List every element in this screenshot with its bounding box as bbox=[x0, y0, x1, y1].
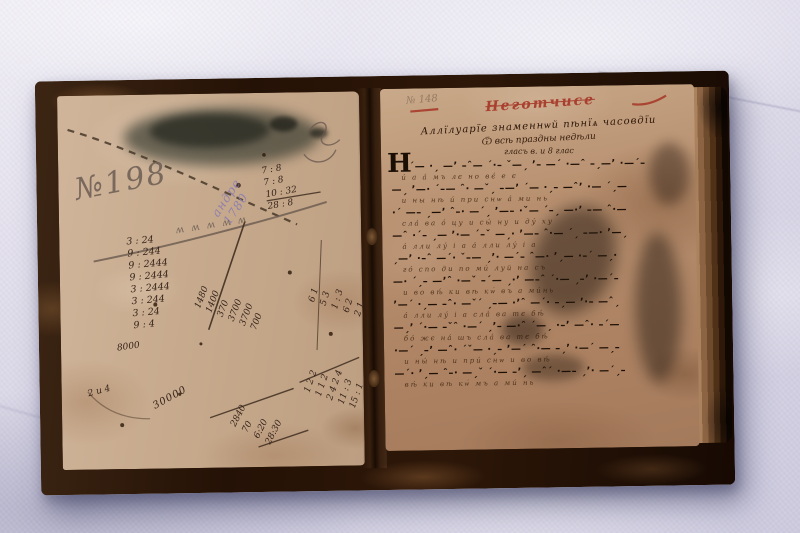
open-book: №198 андре 1780 7 : 8 7 : 8 10 : 32 28 :… bbox=[35, 71, 735, 496]
photo-open-manuscript-book: №198 андре 1780 7 : 8 7 : 8 10 : 32 28 :… bbox=[0, 0, 800, 533]
right-manuscript-page: № 148 Неготчисе Аллїлуарїе знаменнѡй пѣн… bbox=[380, 84, 700, 451]
arithmetic-column-a: 3 : 24 9 : 244 9 : 2444 9 : 2444 3 : 244… bbox=[126, 233, 174, 332]
left-flyleaf-page: №198 андре 1780 7 : 8 7 : 8 10 : 32 28 :… bbox=[57, 91, 365, 470]
binding-thread bbox=[368, 370, 379, 387]
ink-smudge-top-right bbox=[649, 142, 690, 205]
pencil-scribble-lines bbox=[57, 91, 365, 470]
binding-thread bbox=[366, 228, 377, 245]
